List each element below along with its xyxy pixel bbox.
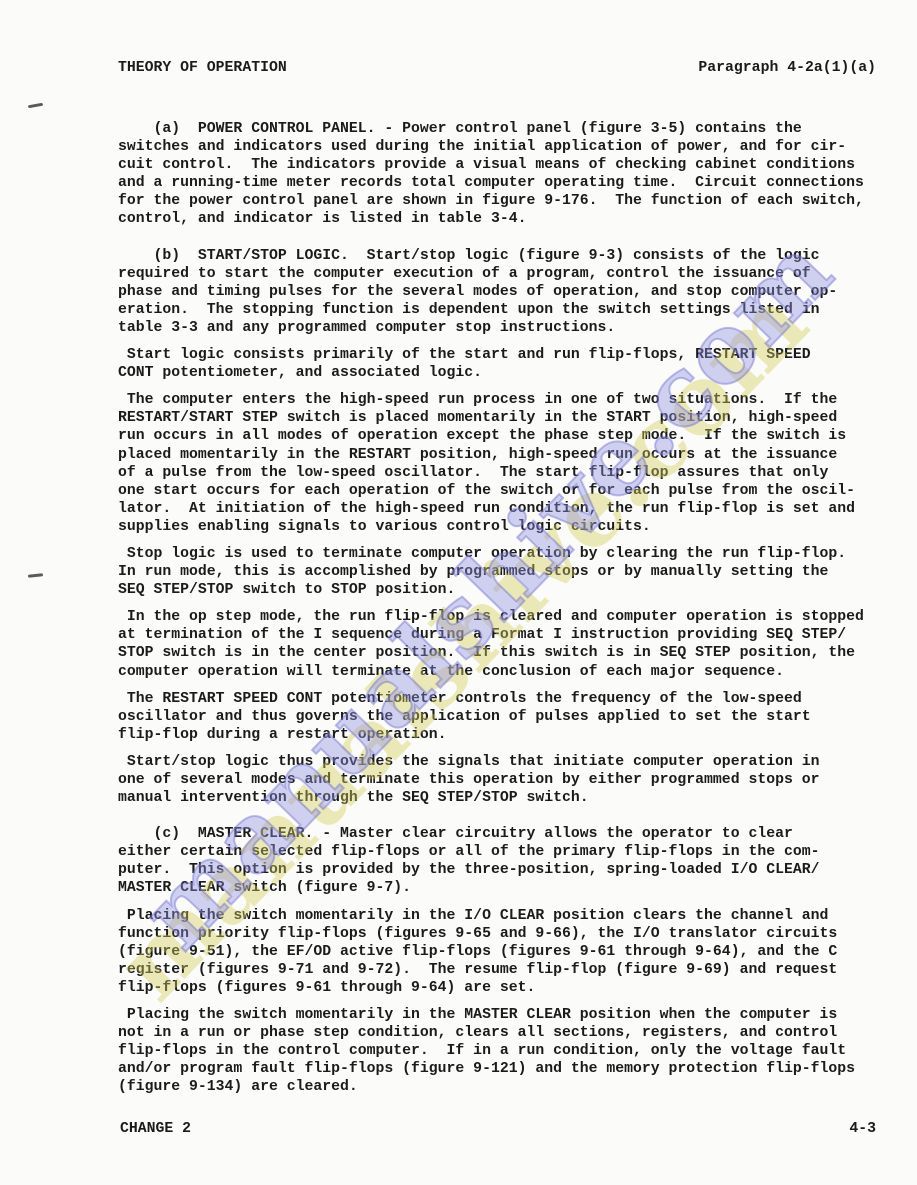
header-paragraph-reference: Paragraph 4-2a(1)(a) xyxy=(698,60,876,76)
page-header: THEORY OF OPERATION Paragraph 4-2a(1)(a) xyxy=(118,60,876,76)
paragraph-high-speed-run: The computer enters the high-speed run p… xyxy=(118,391,890,536)
document-page: THEORY OF OPERATION Paragraph 4-2a(1)(a)… xyxy=(0,0,917,1185)
paragraph-io-clear-position: Placing the switch momentarily in the I/… xyxy=(118,907,890,997)
footer-change-notice: CHANGE 2 xyxy=(120,1121,191,1137)
paragraph-a-power-control-panel: (a) POWER CONTROL PANEL. - Power control… xyxy=(118,120,890,229)
header-section-title: THEORY OF OPERATION xyxy=(118,60,287,76)
paragraph-restart-speed-cont: The RESTART SPEED CONT potentiometer con… xyxy=(118,690,890,744)
document-body: (a) POWER CONTROL PANEL. - Power control… xyxy=(118,102,890,1097)
scan-artifact-dash xyxy=(28,103,43,109)
paragraph-master-clear-position: Placing the switch momentarily in the MA… xyxy=(118,1006,890,1096)
paragraph-c-master-clear: (c) MASTER CLEAR. - Master clear circuit… xyxy=(118,825,890,897)
footer-page-number: 4-3 xyxy=(849,1121,876,1137)
paragraph-start-stop-summary: Start/stop logic thus provides the signa… xyxy=(118,753,890,807)
paragraph-start-logic: Start logic consists primarily of the st… xyxy=(118,346,890,382)
scan-artifact-dash xyxy=(28,573,43,578)
paragraph-op-step-mode: In the op step mode, the run flip-flop i… xyxy=(118,608,890,680)
paragraph-stop-logic: Stop logic is used to terminate computer… xyxy=(118,545,890,599)
paragraph-b-start-stop-logic: (b) START/STOP LOGIC. Start/stop logic (… xyxy=(118,247,890,337)
page-footer: CHANGE 2 4-3 xyxy=(120,1121,876,1137)
